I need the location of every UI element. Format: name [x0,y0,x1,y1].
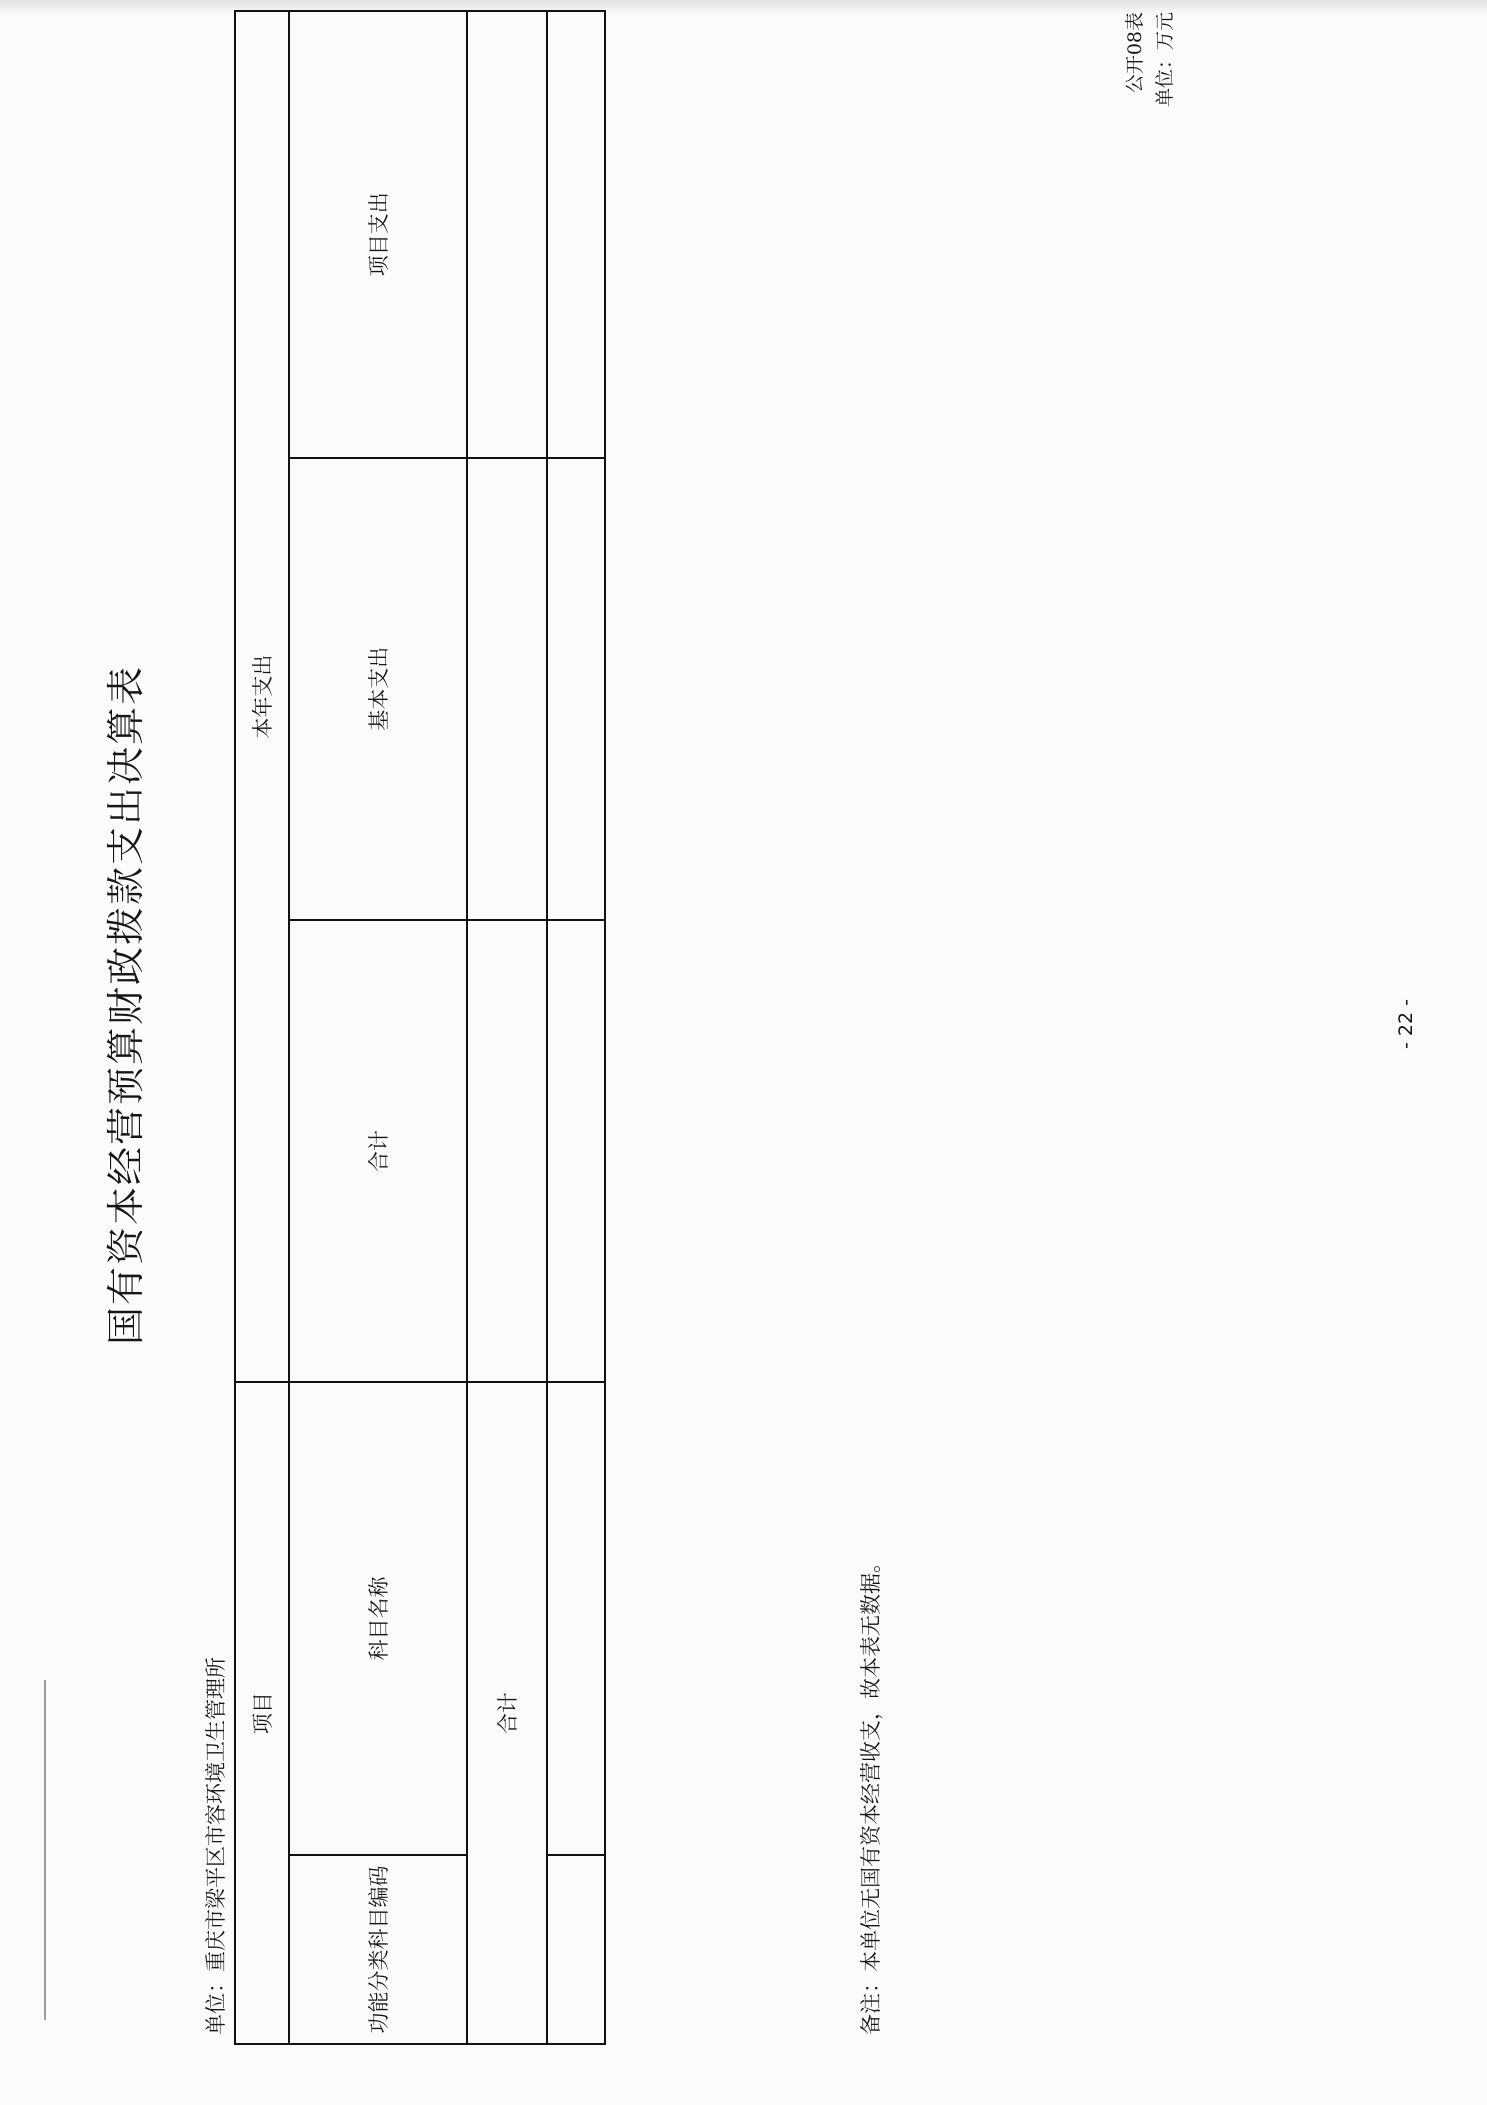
row-basic [547,458,605,920]
footnote: 备注：本单位无国有资本经营收支，故本表无数据。 [855,1552,885,2035]
row-total-total [467,920,547,1382]
header-current-year-expense: 本年支出 [235,11,289,1382]
table-code: 公开08表 [1120,12,1150,107]
row-project [547,11,605,458]
header-total: 合计 [289,920,467,1382]
table-code-block: 公开08表 单位：万元 [1120,12,1180,107]
header-basic-expense: 基本支出 [289,458,467,920]
org-label: 单位： [204,1972,228,2035]
row-total [547,920,605,1382]
header-row-1: 项目 本年支出 [235,11,289,2044]
row-total-project [467,11,547,458]
org-line: 单位：重庆市梁平区市容环境卫生管理所 [200,1657,230,2035]
header-project: 项目 [235,1382,289,2044]
header-func-code: 功能分类科目编码 [289,1855,467,2044]
header-subject-name: 科目名称 [289,1382,467,1855]
header-project-expense: 项目支出 [289,11,467,458]
unit-of-measure: 单位：万元 [1150,12,1180,107]
row-total-basic [467,458,547,920]
row-name [547,1382,605,1855]
org-name: 重庆市梁平区市容环境卫生管理所 [204,1657,228,1972]
row-code [547,1855,605,2044]
page-title: 国有资本经营预算财政拨款支出决算表 [95,665,150,1345]
page-number: - 22 - [1395,999,1417,1049]
row-total-label: 合计 [467,1382,547,2044]
header-row-2: 功能分类科目编码 科目名称 合计 基本支出 项目支出 [289,11,467,2044]
table-row [547,11,605,2044]
budget-table: 项目 本年支出 功能分类科目编码 科目名称 合计 基本支出 项目支出 合计 [234,10,606,2045]
table-row-total: 合计 [467,11,547,2044]
document-page: 公开08表 单位：万元 国有资本经营预算财政拨款支出决算表 单位：重庆市梁平区市… [0,0,1487,2105]
